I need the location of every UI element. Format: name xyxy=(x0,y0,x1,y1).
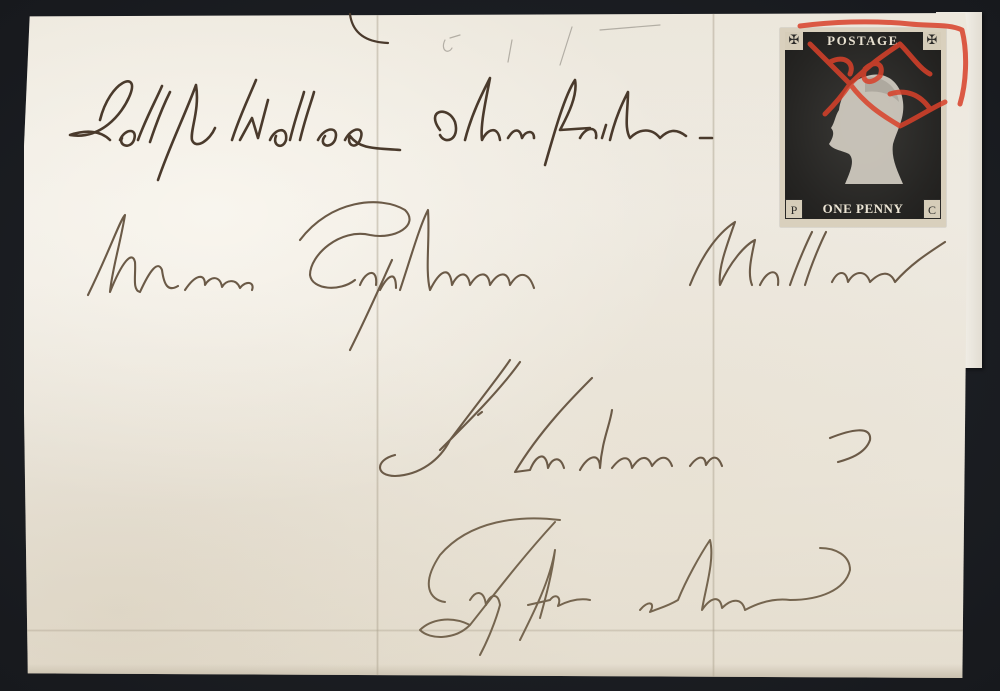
stamp-postage-label: POSTAGE xyxy=(827,33,899,49)
check-letter-right: C xyxy=(923,199,941,219)
check-letter-left: P xyxy=(785,199,803,219)
fold-line-left xyxy=(376,13,379,678)
queen-victoria-profile-icon xyxy=(805,58,923,198)
star-ornament-icon: ✠ xyxy=(923,32,941,50)
fold-line-right xyxy=(712,13,715,678)
stamp-bottom-row: P ONE PENNY C xyxy=(785,199,941,219)
stamp-value-label: ONE PENNY xyxy=(803,199,923,219)
penny-black-stamp: ✠ POSTAGE ✠ P ONE PENNY C xyxy=(780,28,946,227)
stamp-design: ✠ POSTAGE ✠ P ONE PENNY C xyxy=(785,32,941,219)
fold-line-bottom xyxy=(24,629,969,632)
stamp-top-row: ✠ POSTAGE ✠ xyxy=(785,32,941,50)
star-ornament-icon: ✠ xyxy=(785,32,803,50)
